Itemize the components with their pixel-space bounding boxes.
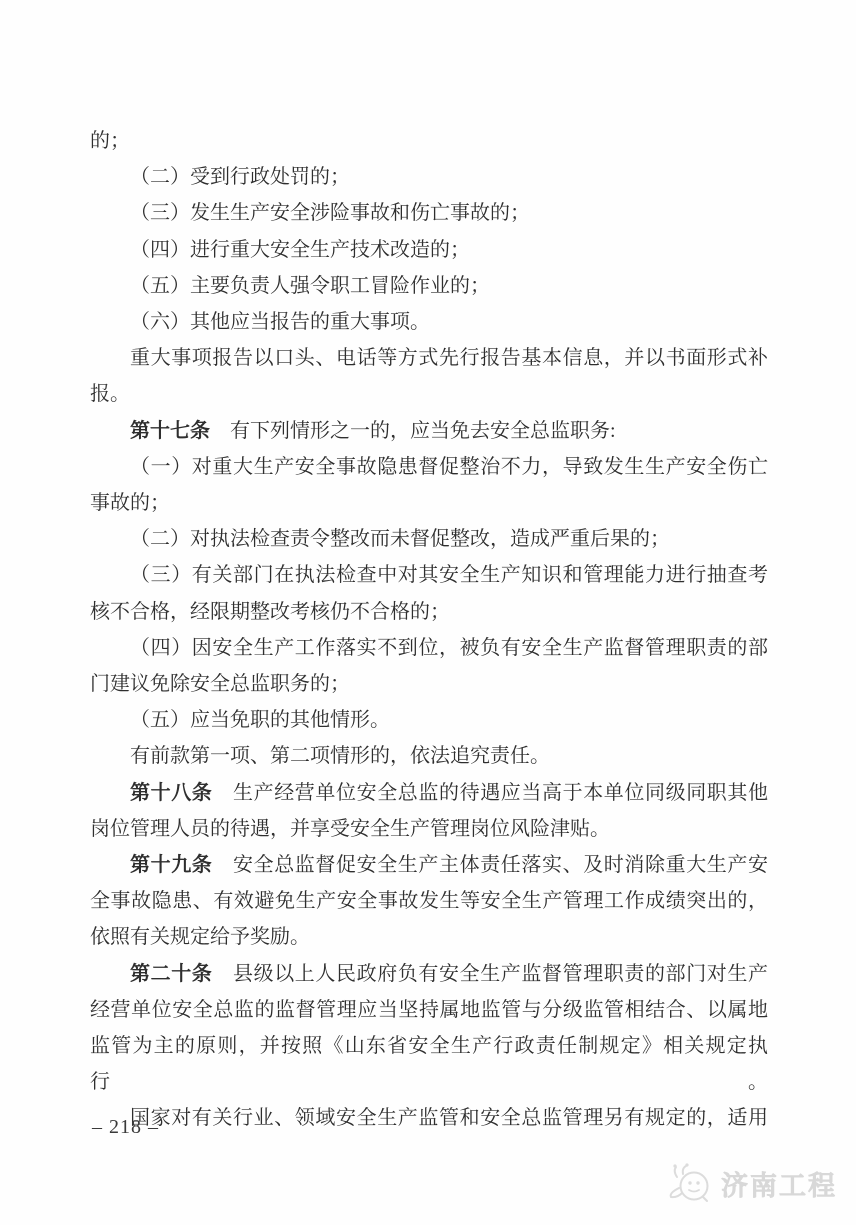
line-text: （三）有关部门在执法检查中对其安全生产知识和管理能力进行抽查考 (130, 564, 768, 586)
text-line: （五）主要负责人强令职工冒险作业的； (90, 268, 768, 304)
line-text: 事故的； (90, 492, 170, 514)
article-number: 第十八条 (130, 782, 212, 804)
line-text: （六）其他应当报告的重大事项。 (130, 311, 430, 333)
text-line: （二）受到行政处罚的； (90, 159, 768, 195)
line-text: 安全总监督促安全生产主体责任落实、及时消除重大生产安 (212, 854, 768, 876)
line-text: 有下列情形之一的，应当免去安全总监职务: (210, 420, 616, 442)
publisher-watermark: 济南工程 (667, 1163, 837, 1203)
watermark-text: 济南工程 (721, 1164, 837, 1203)
text-line: 国家对有关行业、领域安全生产监管和安全总监管理另有规定的，适用 (90, 1100, 768, 1136)
text-line: 经营单位安全总监的监督管理应当坚持属地监管与分级监管相结合、以属地 (90, 992, 768, 1028)
text-line: 第十九条 安全总监督促安全生产主体责任落实、及时消除重大生产安 (90, 847, 768, 883)
text-line: 有前款第一项、第二项情形的，依法追究责任。 (90, 738, 768, 774)
text-line: （二）对执法检查责令整改而未督促整改，造成严重后果的； (90, 521, 768, 557)
line-text: 核不合格，经限期整改考核仍不合格的； (90, 601, 450, 623)
line-text: 全事故隐患、有效避免生产安全事故发生等安全生产管理工作成绩突出的， (90, 890, 768, 912)
text-line: （三）有关部门在执法检查中对其安全生产知识和管理能力进行抽查考 (90, 557, 768, 593)
line-text: （三）发生生产安全涉险事故和伤亡事故的； (130, 202, 530, 224)
text-line: 监管为主的原则，并按照《山东省安全生产行政责任制规定》相关规定执行。 (90, 1028, 768, 1100)
text-line: 的； (90, 123, 768, 159)
line-text: 岗位管理人员的待遇，并享受安全生产管理岗位风险津贴。 (90, 818, 610, 840)
line-text: （四）进行重大安全生产技术改造的； (130, 239, 470, 261)
text-line: （六）其他应当报告的重大事项。 (90, 304, 768, 340)
line-text: 有前款第一项、第二项情形的，依法追究责任。 (130, 745, 550, 767)
text-line: 全事故隐患、有效避免生产安全事故发生等安全生产管理工作成绩突出的， (90, 883, 768, 919)
line-text: （五）应当免职的其他情形。 (130, 709, 390, 731)
text-line: 门建议免除安全总监职务的； (90, 666, 768, 702)
line-text: 的； (90, 130, 130, 152)
line-text: （一）对重大生产安全事故隐患督促整治不力，导致发生生产安全伤亡 (130, 456, 768, 478)
document-page: 的；（二）受到行政处罚的；（三）发生生产安全涉险事故和伤亡事故的；（四）进行重大… (0, 0, 856, 1225)
line-text: （四）因安全生产工作落实不到位，被负有安全生产监督管理职责的部 (130, 637, 768, 659)
text-line: 依照有关规定给予奖励。 (90, 919, 768, 955)
article-number: 第十九条 (130, 854, 212, 876)
text-line: 事故的； (90, 485, 768, 521)
text-line: （四）因安全生产工作落实不到位，被负有安全生产监督管理职责的部 (90, 630, 768, 666)
text-line: 岗位管理人员的待遇，并享受安全生产管理岗位风险津贴。 (90, 811, 768, 847)
text-line: （五）应当免职的其他情形。 (90, 702, 768, 738)
line-text: （二）受到行政处罚的； (130, 166, 350, 188)
line-text: 县级以上人民政府负有安全生产监督管理职责的部门对生产 (212, 963, 768, 985)
text-line: 第二十条 县级以上人民政府负有安全生产监督管理职责的部门对生产 (90, 956, 768, 992)
article-number: 第十七条 (130, 420, 210, 442)
line-text: 经营单位安全总监的监督管理应当坚持属地监管与分级监管相结合、以属地 (90, 999, 768, 1021)
text-line: 报。 (90, 376, 768, 412)
line-text: （二）对执法检查责令整改而未督促整改，造成严重后果的； (130, 528, 670, 550)
mascot-bee-icon (667, 1163, 717, 1203)
text-line: （三）发生生产安全涉险事故和伤亡事故的； (90, 195, 768, 231)
line-text: 监管为主的原则，并按照《山东省安全生产行政责任制规定》相关规定执行。 (90, 1035, 768, 1093)
page-number: – 218 – (92, 1116, 159, 1139)
line-text: （五）主要负责人强令职工冒险作业的； (130, 275, 490, 297)
text-line: 重大事项报告以口头、电话等方式先行报告基本信息，并以书面形式补 (90, 340, 768, 376)
body-text: 的；（二）受到行政处罚的；（三）发生生产安全涉险事故和伤亡事故的；（四）进行重大… (90, 123, 768, 1137)
line-text: 报。 (90, 383, 130, 405)
line-text: 国家对有关行业、领域安全生产监管和安全总监管理另有规定的，适用 (130, 1107, 768, 1129)
text-line: （一）对重大生产安全事故隐患督促整治不力，导致发生生产安全伤亡 (90, 449, 768, 485)
line-text: 生产经营单位安全总监的待遇应当高于本单位同级同职其他 (212, 782, 768, 804)
line-text: 依照有关规定给予奖励。 (90, 926, 310, 948)
line-text: 门建议免除安全总监职务的； (90, 673, 350, 695)
text-line: （四）进行重大安全生产技术改造的； (90, 232, 768, 268)
line-text: 重大事项报告以口头、电话等方式先行报告基本信息，并以书面形式补 (130, 347, 768, 369)
text-line: 核不合格，经限期整改考核仍不合格的； (90, 594, 768, 630)
text-line: 第十七条 有下列情形之一的，应当免去安全总监职务: (90, 413, 768, 449)
article-number: 第二十条 (130, 963, 212, 985)
text-line: 第十八条 生产经营单位安全总监的待遇应当高于本单位同级同职其他 (90, 775, 768, 811)
